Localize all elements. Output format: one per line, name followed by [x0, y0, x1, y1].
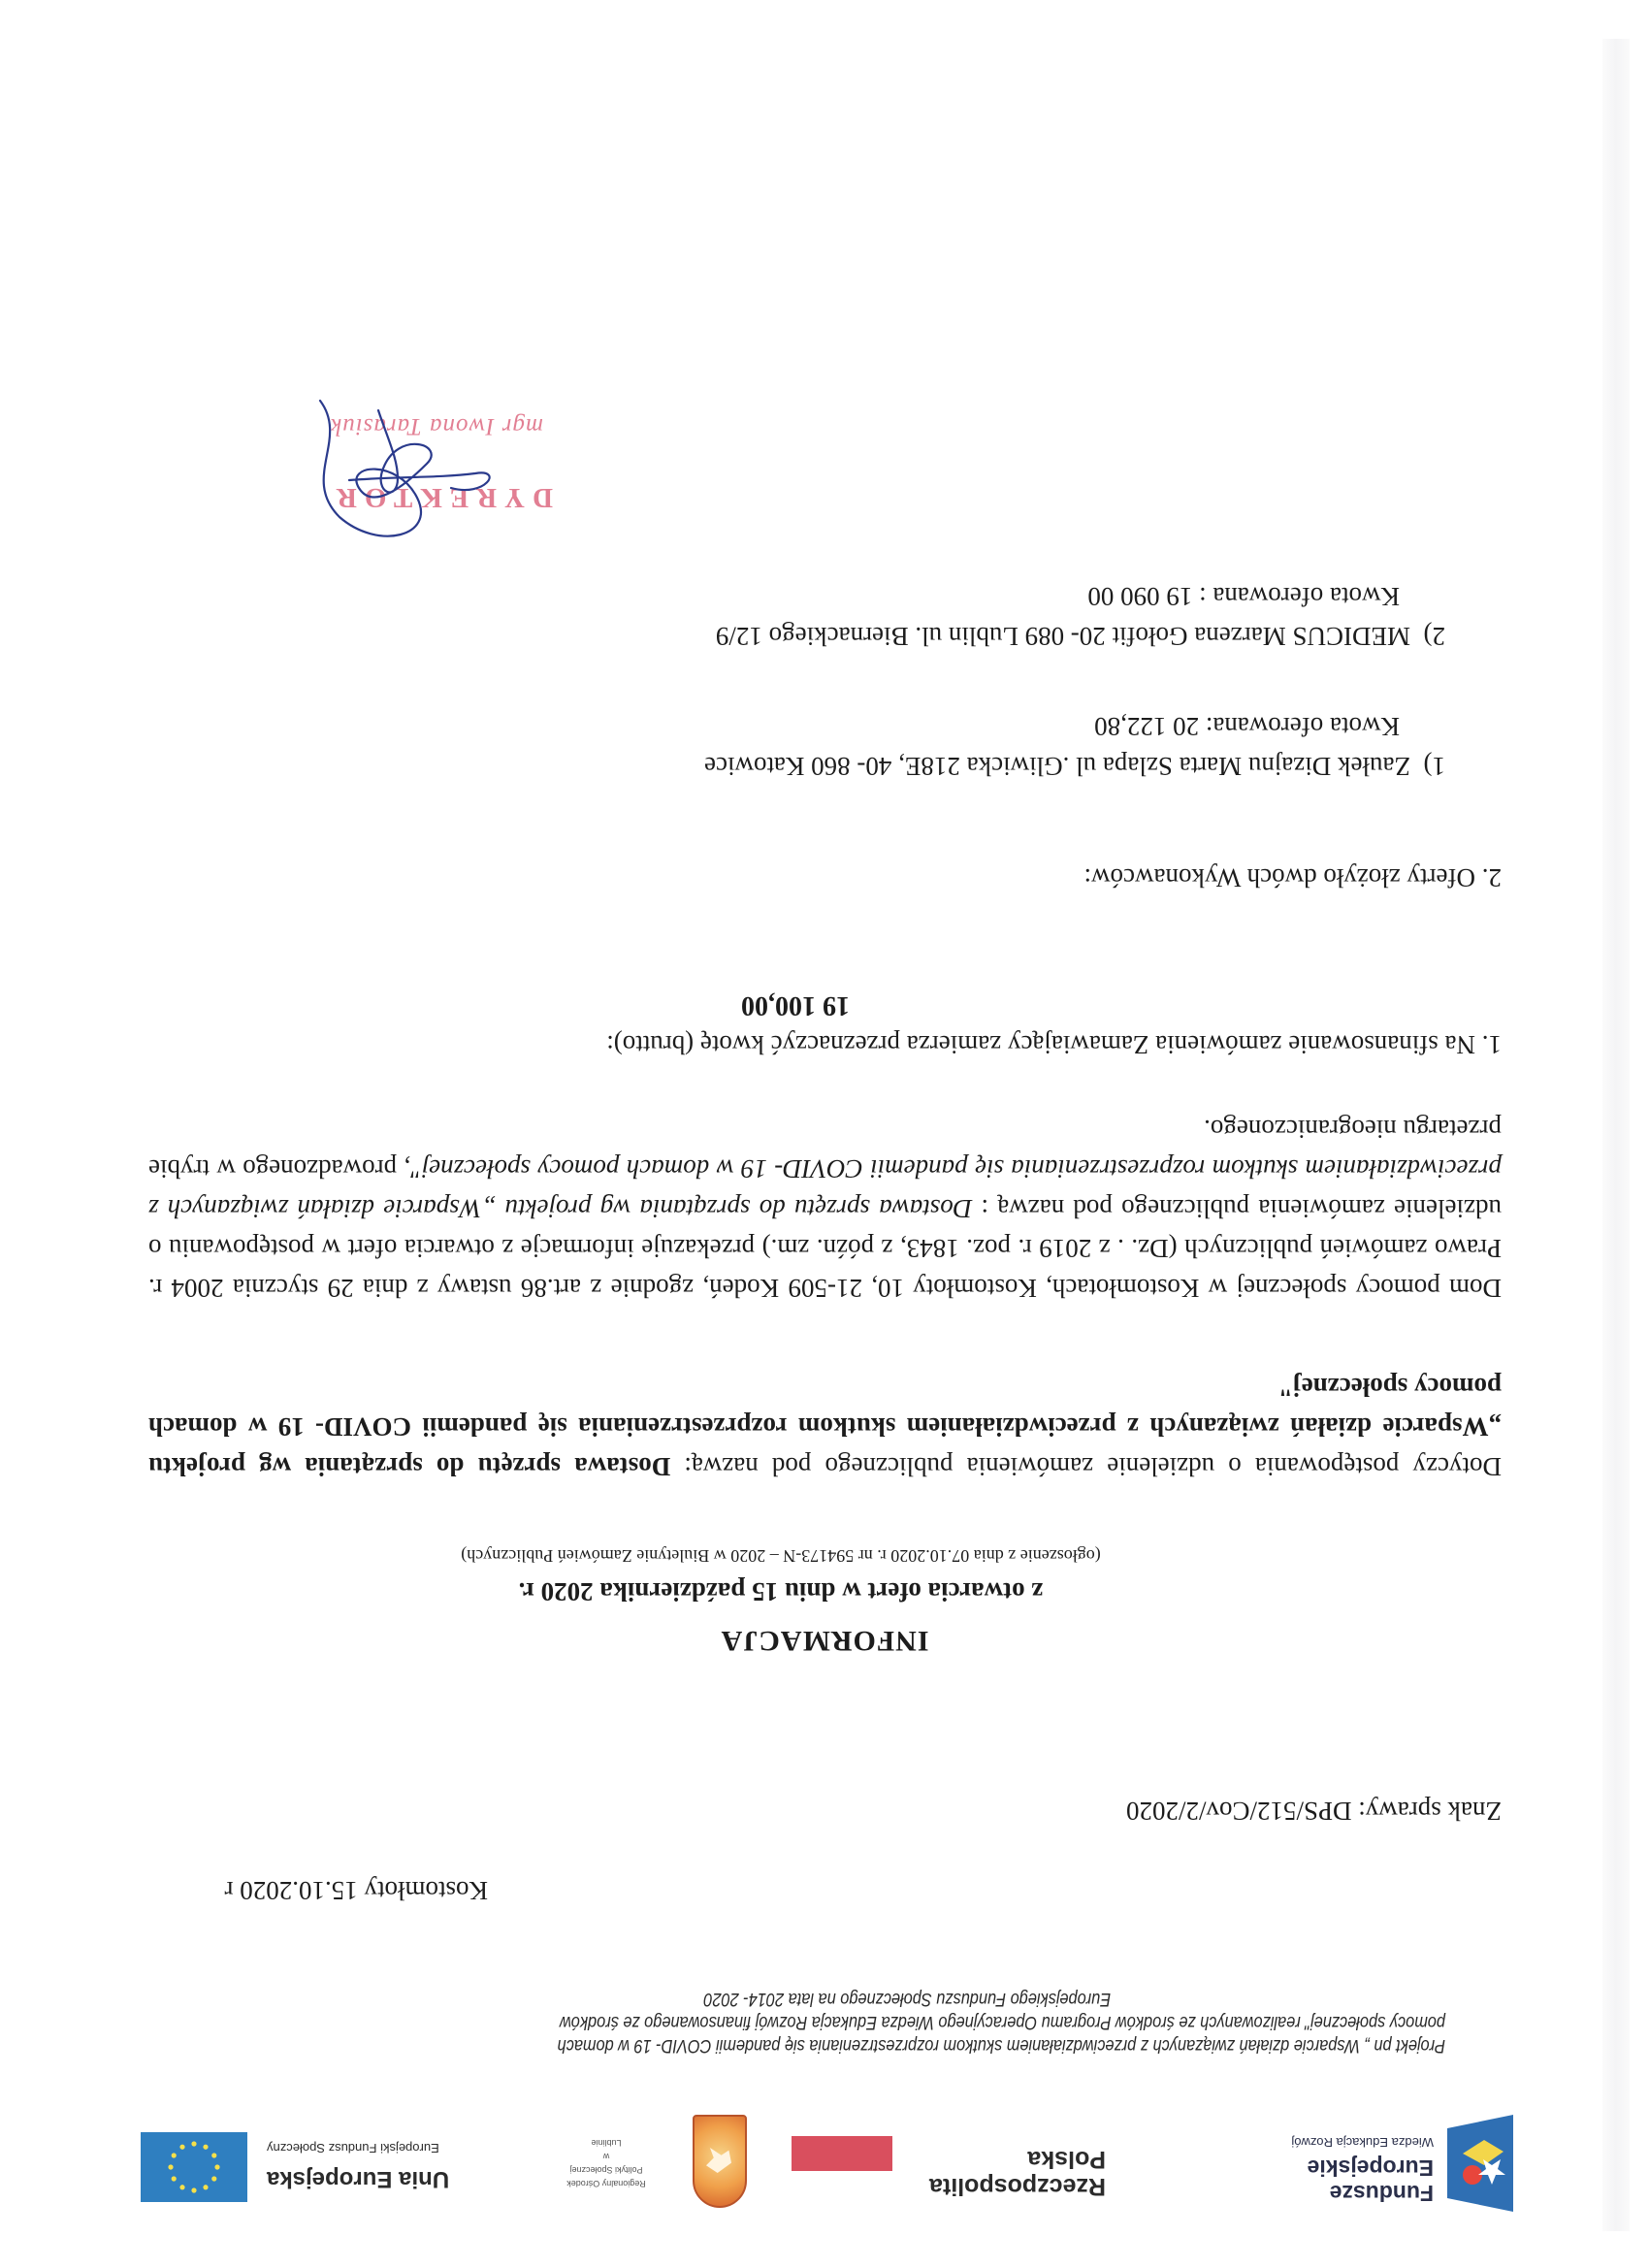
offer-item: 1) Zaułek Dizajnu Marta Szlapa ul .Gliwi… [704, 706, 1445, 786]
rops-emblem-icon [693, 2115, 747, 2208]
rp-line1: Rzeczpospolita [929, 2173, 1106, 2200]
project-note-line3: Europejskiego Funduszu Społecznego na la… [370, 1987, 1445, 2010]
signature-icon [242, 391, 543, 556]
document-title: INFORMACJA [0, 1624, 1649, 1657]
bird-icon [706, 2148, 731, 2173]
logo-rzeczpospolita-polska: Rzeczpospolita Polska [757, 2111, 1106, 2208]
project-note-line1: Projekt pn „ Wsparcie działań związanych… [558, 2035, 1445, 2056]
budget-amount: 19 100,00 [0, 989, 1649, 1021]
fe-line2: Europejskie [1291, 2155, 1434, 2181]
polish-flag-icon [792, 2136, 892, 2171]
body-paragraph: Dom pomocy społecznej w Kostomłotach, Ko… [148, 1109, 1502, 1308]
offer-amount: Kwota oferowana: 20 122,80 [704, 706, 1445, 746]
logo-rops-lublin: Regionalny Ośrodek Polityki Społecznej w… [524, 2101, 747, 2208]
offer-number: 2) [1424, 622, 1446, 651]
logo-unia-europejska: Unia Europejska Europejski Fundusz Społe… [121, 2101, 490, 2208]
rops-line4: Lublinie [533, 2136, 679, 2150]
fe-line1: Fundusze [1291, 2181, 1434, 2206]
subject-paragraph: Dotyczy postępowania o udzielenie zamówi… [148, 1367, 1502, 1486]
fe-line3: Wiedza Edukacja Rozwój [1291, 2135, 1434, 2150]
ue-line2: Europejski Fundusz Społeczny [267, 2141, 490, 2155]
place-date: Kostomłoty 15.10.2020 r [224, 1875, 488, 1905]
ue-line1: Unia Europejska [267, 2165, 490, 2192]
document-subtitle: z otwarcia ofert w dniu 15 października … [0, 1576, 1649, 1606]
project-note: Projekt pn „ Wsparcie działań związanych… [370, 1987, 1445, 2057]
offer-contractor: MEDICUS Marzena Gołofit 20- 089 Lublin u… [716, 622, 1410, 651]
eu-stars-icon [141, 2132, 247, 2202]
logo-fundusze-europejskie: Fundusze Europejskie Wiedza Edukacja Roz… [1222, 2105, 1513, 2212]
rops-line2: Polityki Społecznej [533, 2163, 679, 2177]
offer-contractor: Zaułek Dizajnu Marta Szlapa ul .Gliwicka… [704, 752, 1410, 781]
subject-prefix: Dotyczy postępowania o udzielenie zamówi… [670, 1452, 1502, 1481]
section-1-budget: 1. Na sfinansowanie zamówienia Zamawiają… [606, 1029, 1502, 1059]
rops-line3: w [533, 2150, 679, 2163]
offer-number: 1) [1424, 752, 1446, 781]
scanned-document: Fundusze Europejskie Wiedza Edukacja Roz… [0, 0, 1649, 2268]
section-2-offers: 2. Oferty złożyło dwóch Wykonawców: [1083, 862, 1502, 892]
case-number: Znak sprawy: DPS/512/Cov/2/2020 [1126, 1796, 1502, 1826]
rops-line1: Regionalny Ośrodek [533, 2177, 679, 2190]
rp-line2: Polska [929, 2146, 1106, 2173]
eu-flag-icon [141, 2132, 247, 2202]
fundusze-europejskie-icon [1447, 2115, 1513, 2212]
director-stamp: DYREKTOR mgr Iwona Tarasiuk [242, 391, 563, 556]
offer-item: 2) MEDICUS Marzena Gołofit 20- 089 Lubli… [716, 576, 1445, 656]
project-note-line2: pomocy społecznej" realizowanych ze środ… [560, 2012, 1445, 2032]
announcement-reference: (ogłoszenie z dnia 07.10.2020 r. nr 5941… [0, 1545, 1649, 1566]
offer-amount: Kwota oferowana : 19 090 00 [716, 576, 1445, 616]
